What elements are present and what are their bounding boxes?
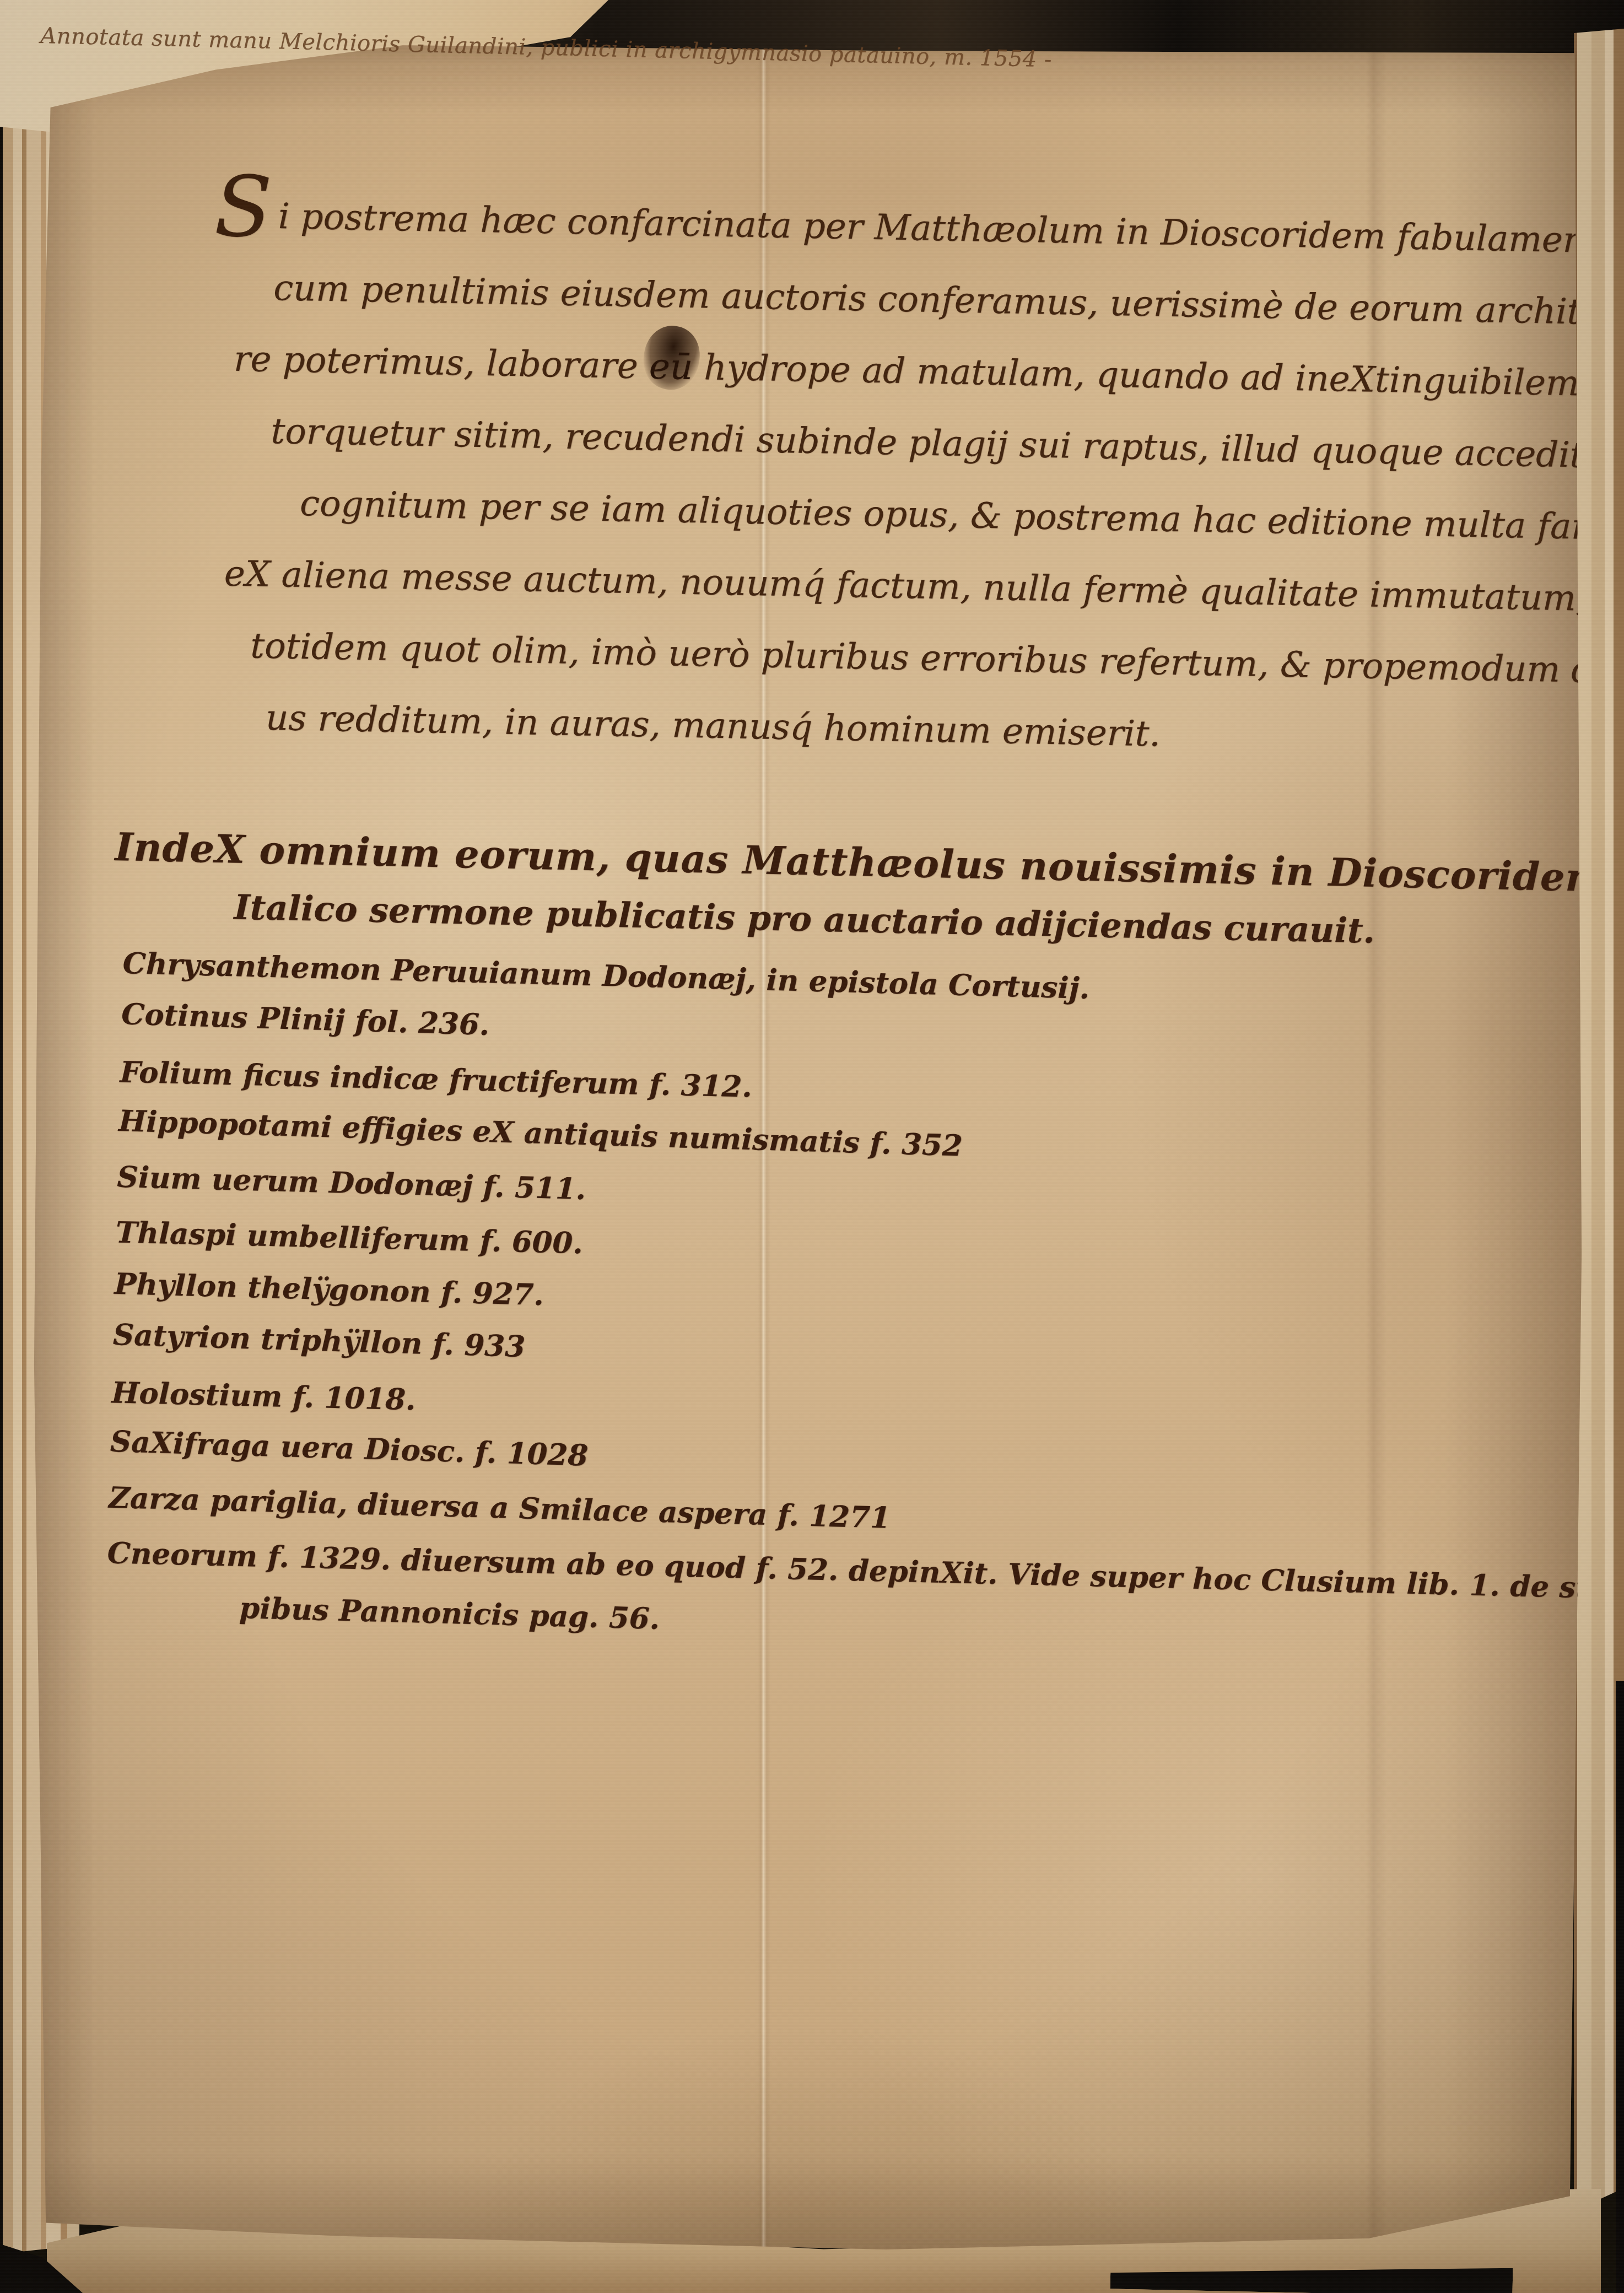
paragraph-line-text: hydrope ad matulam, quando ad ineXtingui… <box>692 347 1624 406</box>
index-list: Chrysanthemon Peruuianum Dodonæj, in epi… <box>105 937 1624 1671</box>
paragraph-line-text: i postrema hæc confarcinata per Matthæol… <box>278 196 1624 262</box>
opening-paragraph: Si postrema hæc confarcinata per Matthæo… <box>204 180 1593 778</box>
backdrop-sliver-right <box>1616 1681 1624 2293</box>
manuscript-photo: Si postrema hæc confarcinata per Matthæo… <box>0 0 1624 2293</box>
manuscript-page: Si postrema hæc confarcinata per Matthæo… <box>29 32 1587 2254</box>
drop-cap-initial: S <box>214 176 272 238</box>
paragraph-line-text: re poterimus, laborare <box>233 339 649 387</box>
ink-blot: eū <box>649 347 693 388</box>
